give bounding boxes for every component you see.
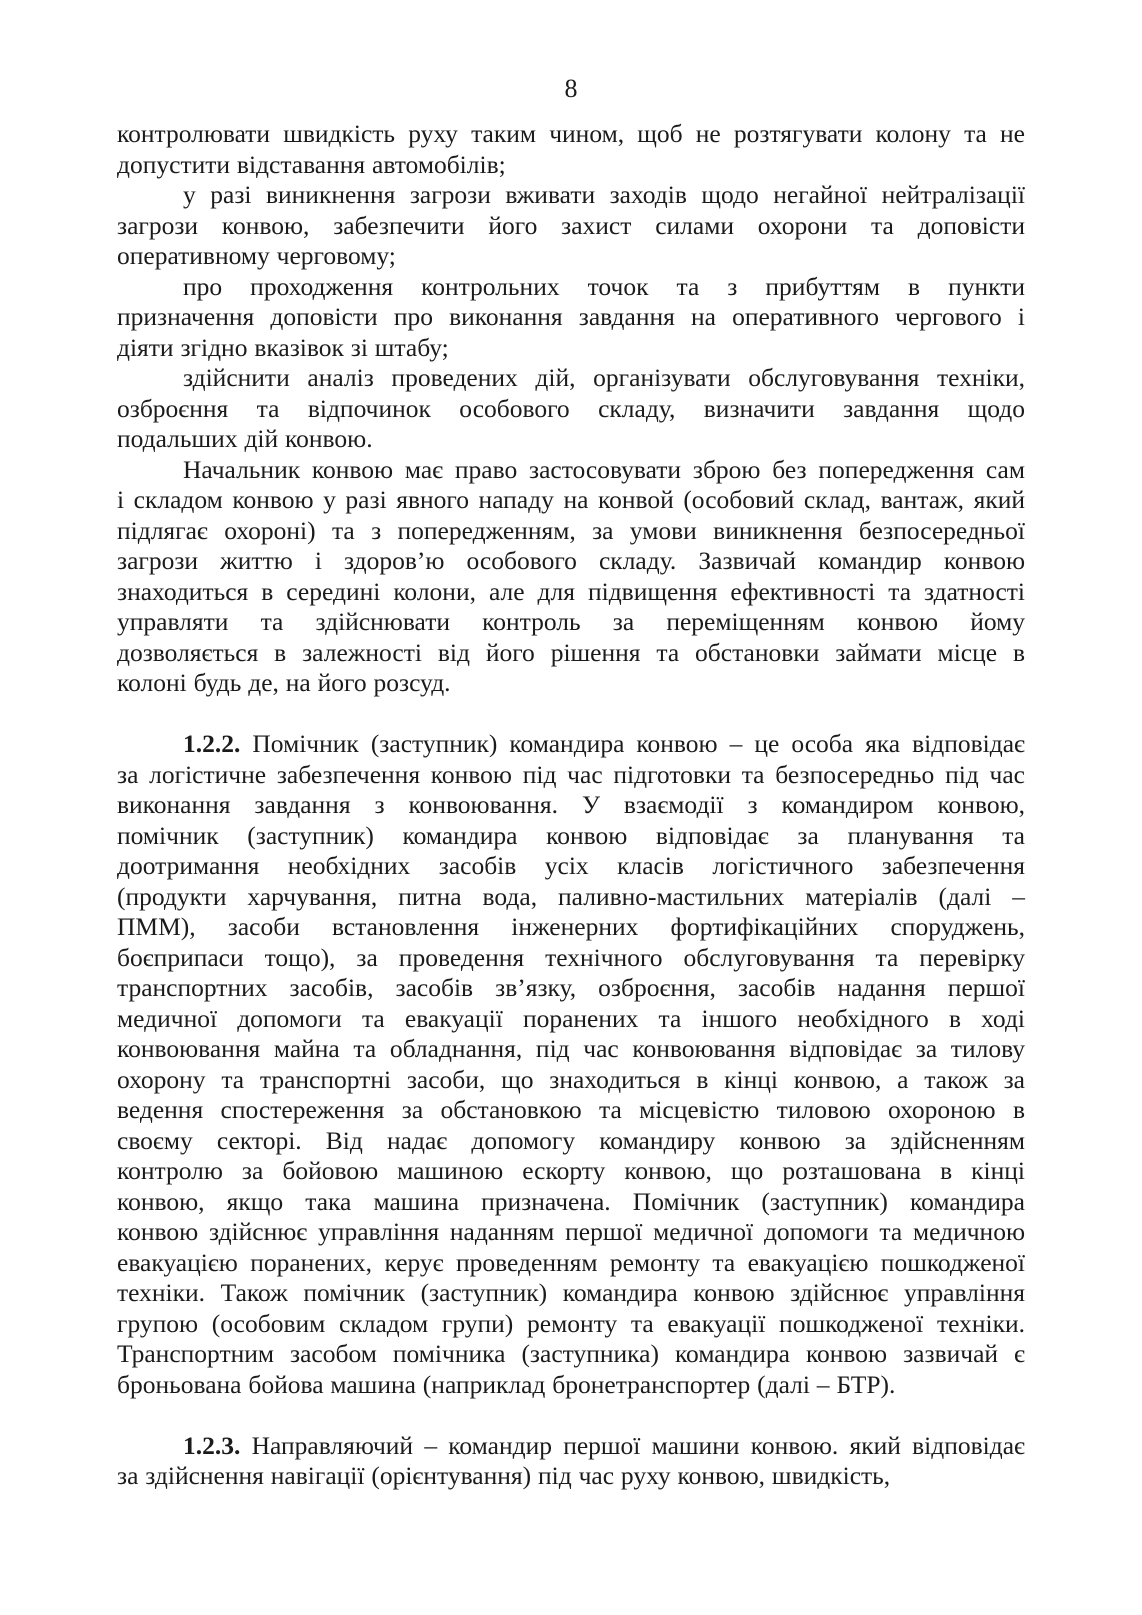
section-number: 1.2.2. bbox=[183, 729, 240, 758]
text-line: за логістичне забезпечення конвою під ча… bbox=[117, 760, 1025, 791]
text-line: охорону та транспортні засоби, що знаход… bbox=[117, 1065, 1025, 1096]
text-line: транспортних засобів, засобів зв’язку, о… bbox=[117, 973, 1025, 1004]
text-line: техніки. Також помічник (заступник) кома… bbox=[117, 1278, 1025, 1309]
text-line: медичної допомоги та евакуації поранених… bbox=[117, 1004, 1025, 1035]
text-line: контролю за бойовою машиною ескорту конв… bbox=[117, 1156, 1025, 1187]
page-number: 8 bbox=[0, 74, 1142, 104]
text-line: колоні будь де, на його розсуд. bbox=[117, 668, 1025, 699]
text-line: допустити відставання автомобілів; bbox=[117, 150, 1025, 181]
text-line: про проходження контрольних точок та з п… bbox=[117, 272, 1025, 303]
text-line: і складом конвою у разі явного нападу на… bbox=[117, 485, 1025, 516]
text-line: 1.2.3. Направляючий – командир першої ма… bbox=[117, 1431, 1025, 1462]
paragraph: у разі виникнення загрози вживати заході… bbox=[117, 180, 1025, 272]
text-line: призначення доповісти про виконання завд… bbox=[117, 302, 1025, 333]
text-line: боєприпаси тощо), за проведення технічно… bbox=[117, 943, 1025, 974]
text-line: виконання завдання з конвоювання. У взає… bbox=[117, 790, 1025, 821]
text-line: евакуацією поранених, керує проведенням … bbox=[117, 1248, 1025, 1279]
text-line: Начальник конвою має право застосовувати… bbox=[117, 455, 1025, 486]
text-line: Транспортним засобом помічника (заступни… bbox=[117, 1339, 1025, 1370]
text-line: ведення спостереження за обстановкою та … bbox=[117, 1095, 1025, 1126]
text-line: у разі виникнення загрози вживати заході… bbox=[117, 180, 1025, 211]
document-page: 8 контролювати швидкість руху таким чино… bbox=[0, 0, 1142, 1615]
text-line: конвою, якщо така машина призначена. Пом… bbox=[117, 1187, 1025, 1218]
text-line: своєму секторі. Від надає допомогу коман… bbox=[117, 1126, 1025, 1157]
paragraph-spacer bbox=[117, 1400, 1025, 1431]
text-line: загрози конвою, забезпечити його захист … bbox=[117, 211, 1025, 242]
text-line: загрози життю і здоров’ю особового склад… bbox=[117, 546, 1025, 577]
text-line: управляти та здійснювати контроль за пер… bbox=[117, 607, 1025, 638]
text-line: діяти згідно вказівок зі штабу; bbox=[117, 333, 1025, 364]
text-line: доотримання необхідних засобів усіх клас… bbox=[117, 851, 1025, 882]
text-line: знаходиться в середині колони, але для п… bbox=[117, 577, 1025, 608]
text-line: озброєння та відпочинок особового складу… bbox=[117, 394, 1025, 425]
section-number: 1.2.3. bbox=[183, 1431, 240, 1460]
text-line: 1.2.2. Помічник (заступник) командира ко… bbox=[117, 729, 1025, 760]
text-line: конвою здійснює управління наданням перш… bbox=[117, 1217, 1025, 1248]
text-line: подальших дій конвою. bbox=[117, 424, 1025, 455]
text-line: броньована бойова машина (наприклад брон… bbox=[117, 1370, 1025, 1401]
text-line: (продукти харчування, питна вода, паливн… bbox=[117, 882, 1025, 913]
text-body: контролювати швидкість руху таким чином,… bbox=[117, 119, 1025, 1492]
text-line: групою (особовим складом групи) ремонту … bbox=[117, 1309, 1025, 1340]
text-line: контролювати швидкість руху таким чином,… bbox=[117, 119, 1025, 150]
paragraph-spacer bbox=[117, 699, 1025, 730]
paragraph: Начальник конвою має право застосовувати… bbox=[117, 455, 1025, 699]
text-line: здійснити аналіз проведених дій, організ… bbox=[117, 363, 1025, 394]
text-line: конвоювання майна та обладнання, під час… bbox=[117, 1034, 1025, 1065]
paragraph: контролювати швидкість руху таким чином,… bbox=[117, 119, 1025, 180]
paragraph: 1.2.2. Помічник (заступник) командира ко… bbox=[117, 729, 1025, 1400]
text-line: оперативному черговому; bbox=[117, 241, 1025, 272]
paragraph: 1.2.3. Направляючий – командир першої ма… bbox=[117, 1431, 1025, 1492]
text-line: за здійснення навігації (орієнтування) п… bbox=[117, 1461, 1025, 1492]
text-line: дозволяється в залежності від його рішен… bbox=[117, 638, 1025, 669]
text-line: ПММ), засоби встановлення інженерних фор… bbox=[117, 912, 1025, 943]
text-line: помічник (заступник) командира конвою ві… bbox=[117, 821, 1025, 852]
paragraph: здійснити аналіз проведених дій, організ… bbox=[117, 363, 1025, 455]
paragraph: про проходження контрольних точок та з п… bbox=[117, 272, 1025, 364]
text-line: підлягає охороні) та з попередженням, за… bbox=[117, 516, 1025, 547]
